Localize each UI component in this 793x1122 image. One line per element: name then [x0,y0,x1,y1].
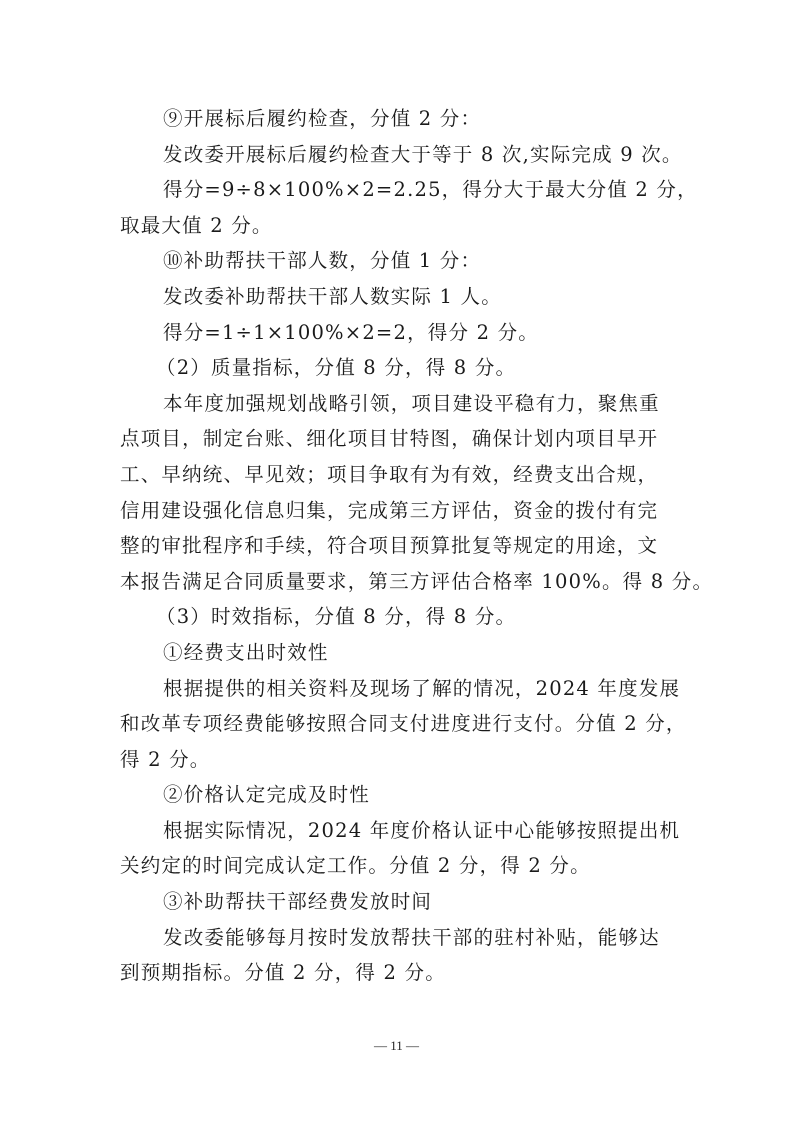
page-number: — 11 — [0,1038,793,1054]
document-page: ⑨开展标后履约检查，分值 2 分： 发改委开展标后履约检查大于等于 8 次,实际… [0,0,793,1122]
body-line: 发改委能够每月按时发放帮扶干部的驻村补贴，能够达 [120,920,680,956]
body-line: 得 2 分。 [120,742,680,778]
sub-item-3-heading: ③补助帮扶干部经费发放时间 [120,884,680,920]
item-10-heading: ⑩补助帮扶干部人数，分值 1 分： [120,243,680,279]
body-line: 发改委开展标后履约检查大于等于 8 次,实际完成 9 次。 [120,137,680,173]
body-line: 本年度加强规划战略引领，项目建设平稳有力，聚焦重 [120,386,680,422]
sub-item-1-heading: ①经费支出时效性 [120,635,680,671]
body-line: 点项目，制定台账、细化项目甘特图，确保计划内项目早开 [120,421,680,457]
body-line: 整的审批程序和手续，符合项目预算批复等规定的用途，文 [120,528,680,564]
body-line: 信用建设强化信息归集，完成第三方评估，资金的拨付有完 [120,493,680,529]
body-line: 根据实际情况，2024 年度价格认证中心能够按照提出机 [120,813,680,849]
body-line: 本报告满足合同质量要求，第三方评估合格率 100%。得 8 分。 [120,564,680,600]
body-line: 得分=9÷8×100%×2=2.25，得分大于最大分值 2 分， [120,172,680,208]
body-line: 取最大值 2 分。 [120,208,680,244]
body-line: 根据提供的相关资料及现场了解的情况，2024 年度发展 [120,671,680,707]
body-line: 和改革专项经费能够按照合同支付进度进行支付。分值 2 分， [120,706,680,742]
body-line: 到预期指标。分值 2 分，得 2 分。 [120,955,680,991]
timeliness-indicator-heading: （3）时效指标，分值 8 分，得 8 分。 [120,599,680,635]
body-text: ⑨开展标后履约检查，分值 2 分： 发改委开展标后履约检查大于等于 8 次,实际… [120,101,680,991]
body-line: 关约定的时间完成认定工作。分值 2 分，得 2 分。 [120,848,680,884]
body-line: 得分=1÷1×100%×2=2，得分 2 分。 [120,315,680,351]
body-line: 发改委补助帮扶干部人数实际 1 人。 [120,279,680,315]
item-9-heading: ⑨开展标后履约检查，分值 2 分： [120,101,680,137]
quality-indicator-heading: （2）质量指标，分值 8 分，得 8 分。 [120,350,680,386]
sub-item-2-heading: ②价格认定完成及时性 [120,777,680,813]
body-line: 工、早纳统、早见效；项目争取有为有效，经费支出合规， [120,457,680,493]
